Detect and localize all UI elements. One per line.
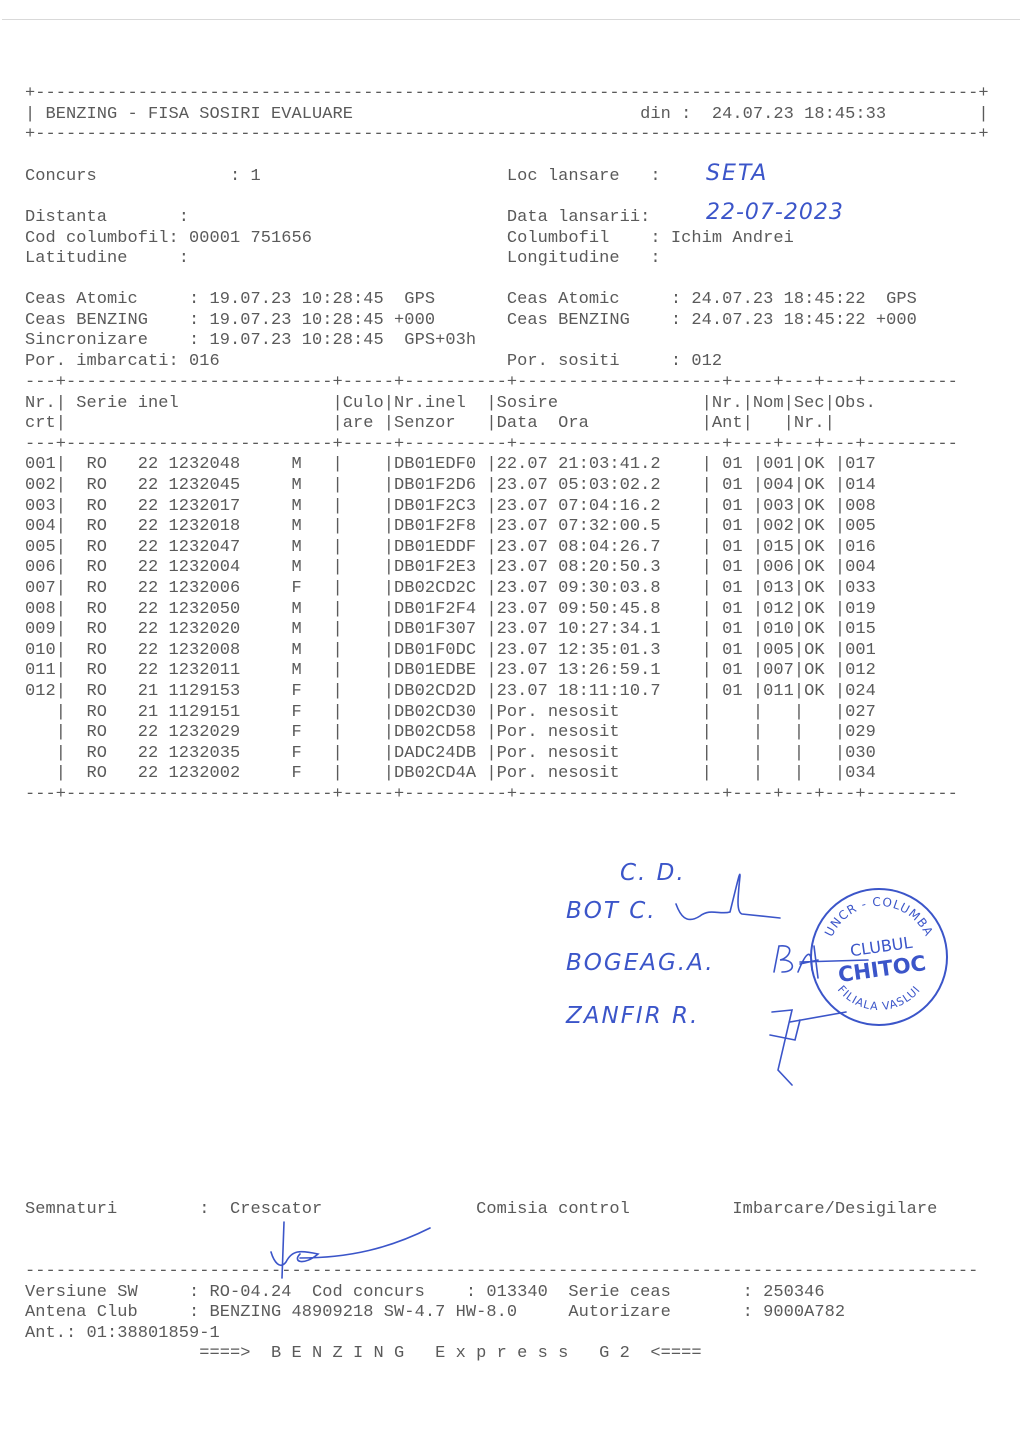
commission-signature-scribbles xyxy=(0,0,1024,1448)
club-stamp: UNCR - COLUMBA FILIALA VASLUI CLUBUL CHI… xyxy=(808,886,950,1028)
stamp-bottom-text: FILIALA VASLUI xyxy=(835,983,923,1013)
arrival-evaluation-sheet: +---------------------------------------… xyxy=(0,0,1024,1448)
svg-text:FILIALA VASLUI: FILIALA VASLUI xyxy=(835,983,923,1013)
